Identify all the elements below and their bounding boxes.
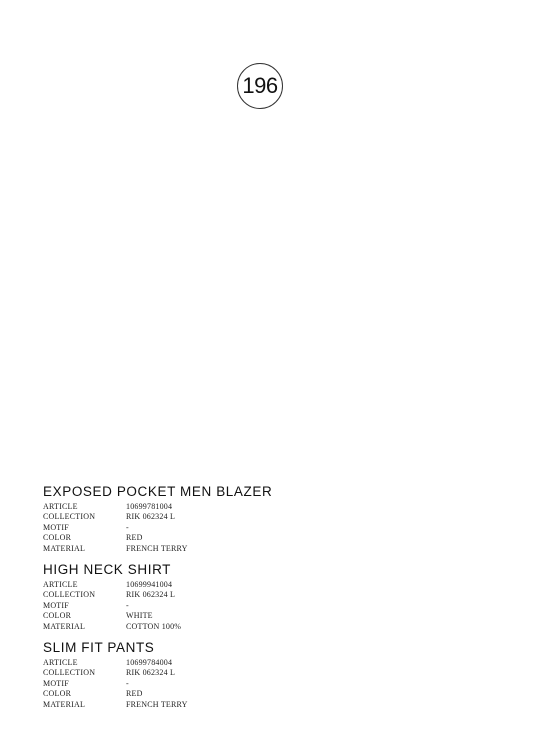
spec-label: ARTICLE	[43, 502, 126, 512]
spec-label: MOTIF	[43, 679, 126, 689]
spec-value: RIK 062324 L	[126, 590, 343, 600]
spec-value: 10699941004	[126, 580, 343, 590]
spec-row-collection: COLLECTION RIK 062324 L	[43, 512, 343, 522]
spec-label: COLOR	[43, 611, 126, 621]
spec-value: RIK 062324 L	[126, 668, 343, 678]
page-number-badge: 196	[237, 63, 283, 109]
spec-value: WHITE	[126, 611, 343, 621]
spec-label: COLLECTION	[43, 590, 126, 600]
product-list: EXPOSED POCKET MEN BLAZER ARTICLE 106997…	[43, 484, 343, 718]
product-exposed-pocket-men-blazer: EXPOSED POCKET MEN BLAZER ARTICLE 106997…	[43, 484, 343, 554]
spec-value: 10699781004	[126, 502, 343, 512]
spec-row-collection: COLLECTION RIK 062324 L	[43, 668, 343, 678]
spec-value: FRENCH TERRY	[126, 700, 343, 710]
spec-label: MATERIAL	[43, 622, 126, 632]
spec-label: MOTIF	[43, 523, 126, 533]
spec-value: -	[126, 523, 343, 533]
spec-row-article: ARTICLE 10699941004	[43, 580, 343, 590]
spec-value: RED	[126, 533, 343, 543]
spec-row-article: ARTICLE 10699784004	[43, 658, 343, 668]
product-title: HIGH NECK SHIRT	[43, 562, 343, 580]
spec-row-collection: COLLECTION RIK 062324 L	[43, 590, 343, 600]
spec-label: ARTICLE	[43, 580, 126, 590]
page-number: 196	[242, 73, 277, 99]
product-title: EXPOSED POCKET MEN BLAZER	[43, 484, 343, 502]
spec-value: RED	[126, 689, 343, 699]
spec-row-material: MATERIAL FRENCH TERRY	[43, 544, 343, 554]
spec-value: RIK 062324 L	[126, 512, 343, 522]
product-slim-fit-pants: SLIM FIT PANTS ARTICLE 10699784004 COLLE…	[43, 640, 343, 710]
spec-value: 10699784004	[126, 658, 343, 668]
spec-value: COTTON 100%	[126, 622, 343, 632]
spec-label: ARTICLE	[43, 658, 126, 668]
spec-label: COLOR	[43, 689, 126, 699]
spec-row-motif: MOTIF -	[43, 679, 343, 689]
product-title: SLIM FIT PANTS	[43, 640, 343, 658]
spec-row-color: COLOR WHITE	[43, 611, 343, 621]
spec-value: FRENCH TERRY	[126, 544, 343, 554]
spec-label: COLLECTION	[43, 668, 126, 678]
spec-row-color: COLOR RED	[43, 689, 343, 699]
spec-label: MOTIF	[43, 601, 126, 611]
spec-row-article: ARTICLE 10699781004	[43, 502, 343, 512]
spec-row-material: MATERIAL FRENCH TERRY	[43, 700, 343, 710]
product-high-neck-shirt: HIGH NECK SHIRT ARTICLE 10699941004 COLL…	[43, 562, 343, 632]
spec-label: COLOR	[43, 533, 126, 543]
spec-row-material: MATERIAL COTTON 100%	[43, 622, 343, 632]
spec-row-motif: MOTIF -	[43, 601, 343, 611]
spec-row-motif: MOTIF -	[43, 523, 343, 533]
spec-label: MATERIAL	[43, 700, 126, 710]
spec-label: MATERIAL	[43, 544, 126, 554]
spec-value: -	[126, 679, 343, 689]
spec-row-color: COLOR RED	[43, 533, 343, 543]
spec-label: COLLECTION	[43, 512, 126, 522]
spec-value: -	[126, 601, 343, 611]
